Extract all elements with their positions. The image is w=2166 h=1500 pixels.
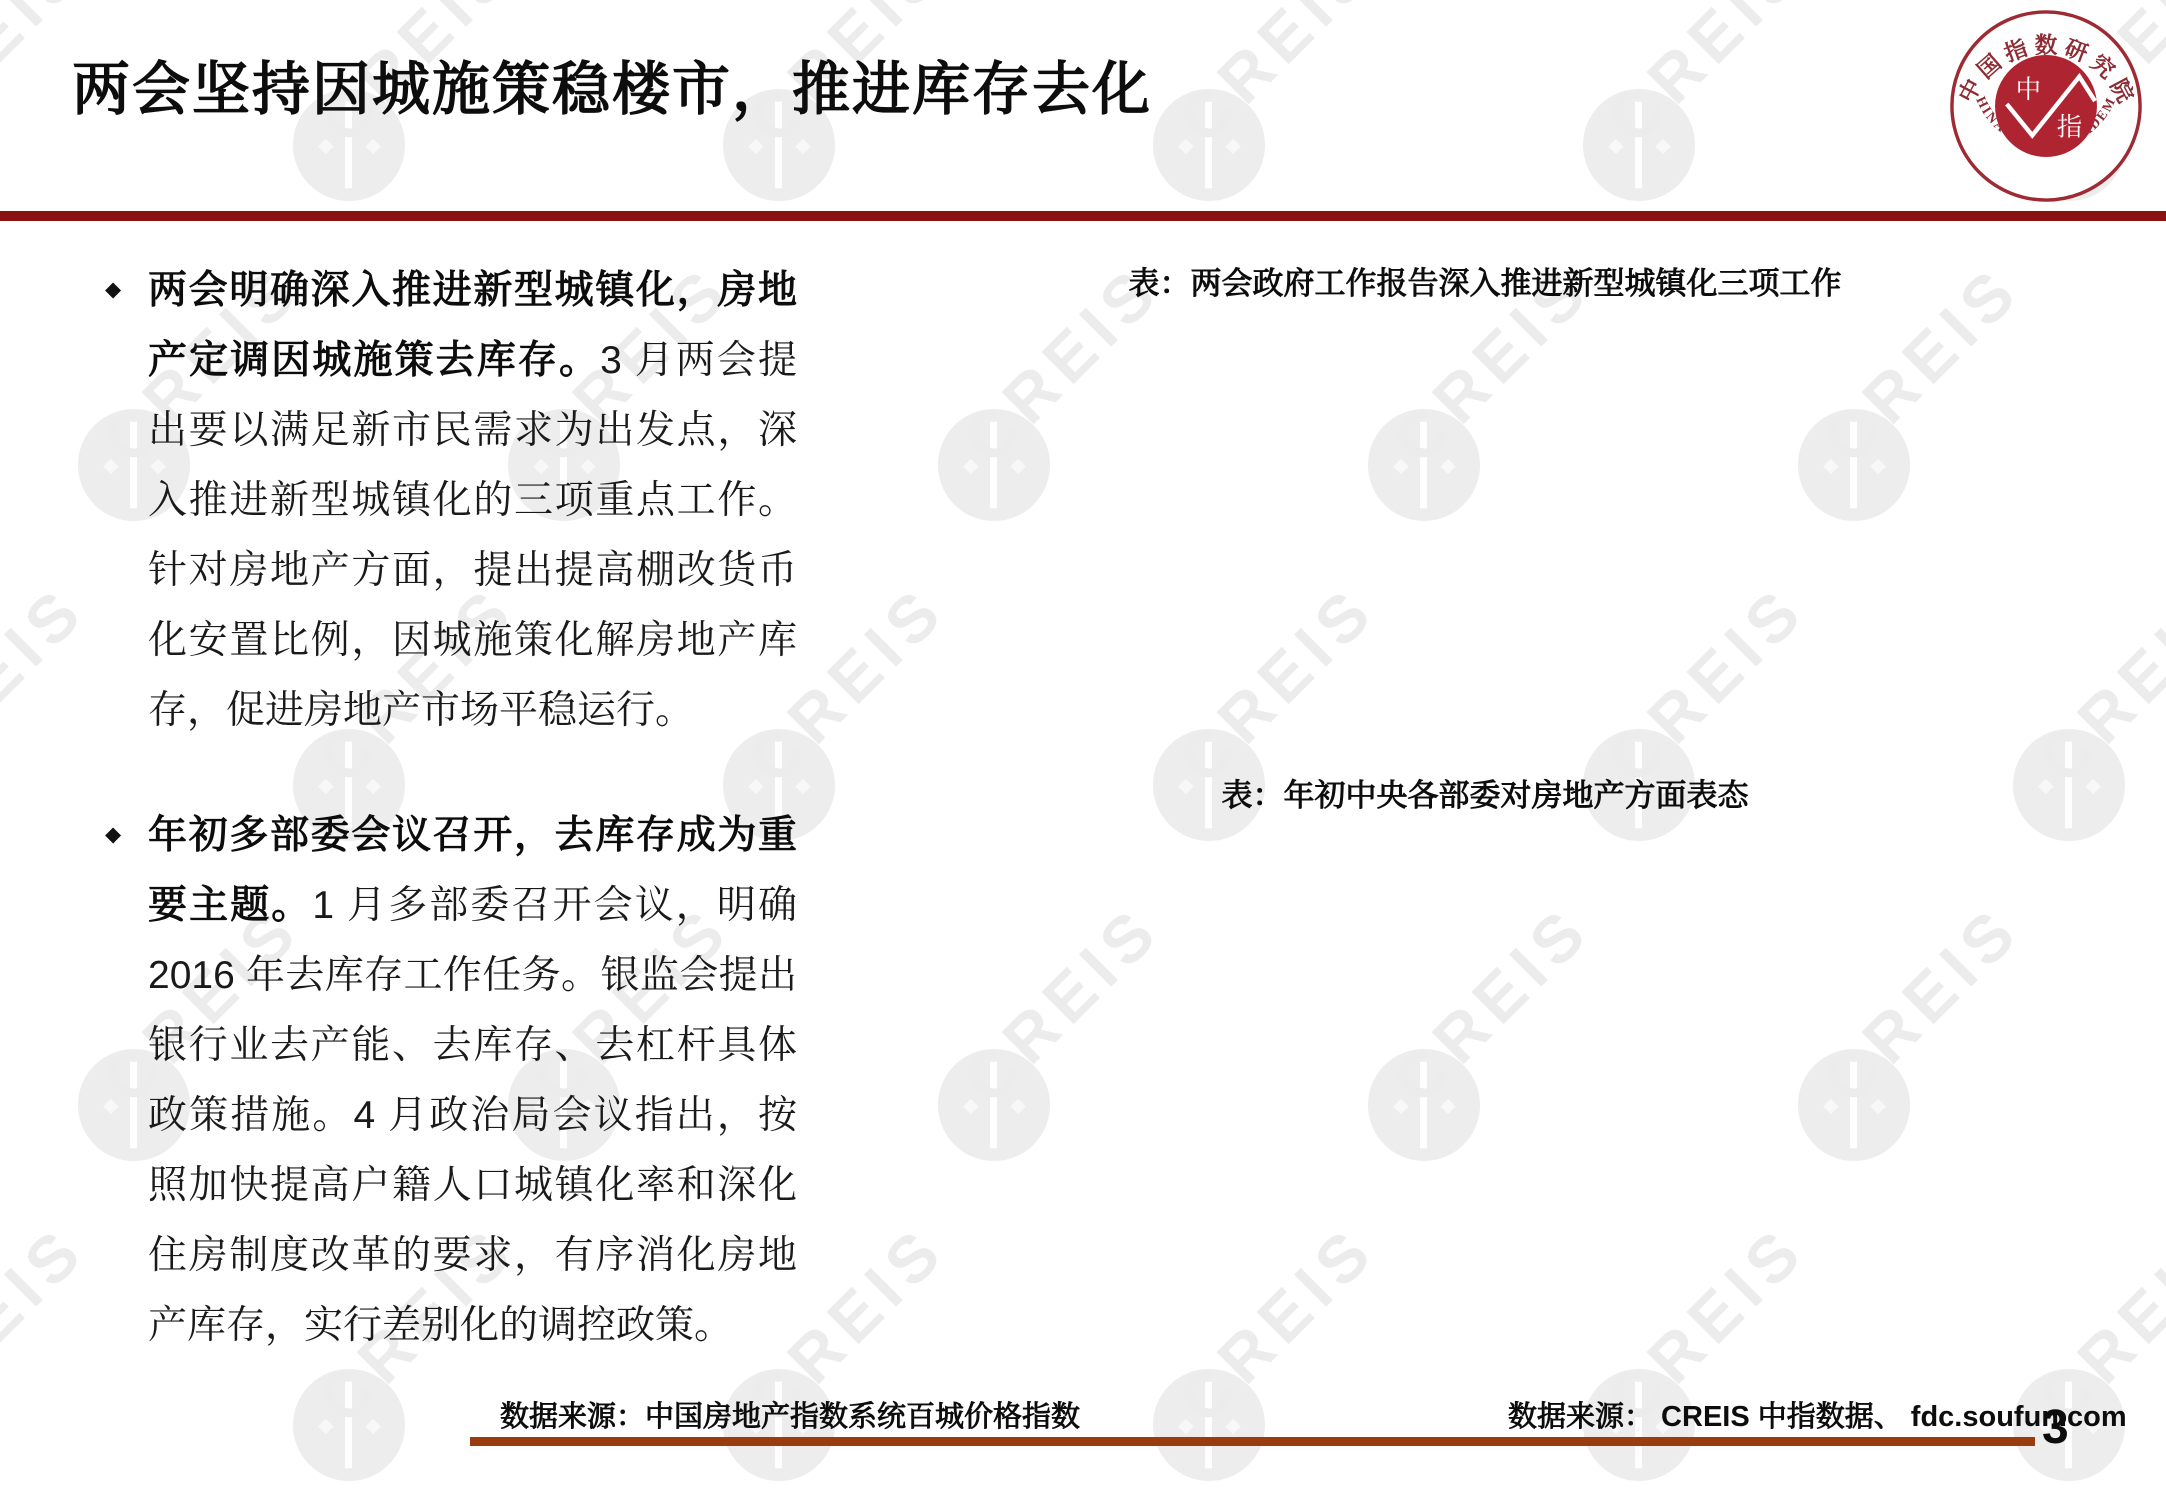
footer-source-right: 数据来源： CREIS 中指数据、 fdc.soufun.com [1508, 1394, 2127, 1435]
creis-watermark-text: CREIS [2022, 570, 2166, 798]
creis-watermark: CREIS [1795, 870, 2135, 1170]
creis-watermark: CREIS [1150, 0, 1490, 210]
creis-watermark-text: CREIS [1162, 570, 1390, 798]
footer-source-left: 数据来源：中国房地产指数系统百城价格指数 [500, 1394, 1080, 1435]
bullet-item-2: ◆ 年初多部委会议召开，去库存成为重要主题。1 月多部委召开会议，明确 2016… [103, 801, 797, 1361]
bullet-item-1: ◆ 两会明确深入推进新型城镇化，房地产定调因城施策去库存。3 月两会提出要以满足… [103, 256, 797, 746]
creis-watermark-circle-icon [1150, 1366, 1268, 1484]
creis-watermark: CREIS [2010, 550, 2166, 850]
creis-watermark-circle-icon [1580, 86, 1698, 204]
creis-watermark-text: CREIS [947, 890, 1175, 1118]
footer-divider [470, 1437, 2035, 1446]
creis-watermark-circle-icon [2010, 726, 2128, 844]
creis-watermark-text: CREIS [0, 570, 100, 798]
bullet-list: ◆ 两会明确深入推进新型城镇化，房地产定调因城施策去库存。3 月两会提出要以满足… [103, 256, 797, 1361]
page-title: 两会坚持因城施策稳楼市，推进库存去化 [72, 42, 1152, 126]
creis-watermark-circle-icon [1795, 1046, 1913, 1164]
china-index-academy-logo: 中 国 指 数 研 究 院 CHINA INDEX ACADEMY 中 指 [1948, 6, 2144, 206]
creis-watermark-text: CREIS [1162, 1210, 1390, 1438]
creis-watermark: CREIS [1365, 870, 1705, 1170]
creis-watermark-text: CREIS [1592, 0, 1820, 158]
creis-watermark-circle-icon [935, 406, 1053, 524]
slide: CREISCREISCREISCREISCREISCREISCREISCREIS… [0, 0, 2166, 1500]
bullet-1-rest: 3 月两会提出要以满足新市民需求为出发点，深入推进新型城镇化的三项重点工作。针对… [148, 339, 797, 732]
creis-watermark-circle-icon [935, 1046, 1053, 1164]
creis-watermark-text: CREIS [1592, 570, 1820, 798]
creis-watermark-circle-icon [1365, 406, 1483, 524]
bullet-2-rest: 1 月多部委召开会议，明确 2016 年去库存工作任务。银监会提出银行业去产能、… [148, 884, 797, 1347]
logo-center-char-bottom: 指 [2057, 113, 2082, 141]
creis-watermark-circle-icon [1795, 406, 1913, 524]
page-number: 3 [2042, 1400, 2069, 1455]
title-divider [0, 211, 2166, 221]
creis-watermark-text: CREIS [1807, 890, 2035, 1118]
bullet-text-1: 两会明确深入推进新型城镇化，房地产定调因城施策去库存。3 月两会提出要以满足新市… [148, 256, 797, 746]
creis-watermark-text: CREIS [1162, 0, 1390, 158]
creis-watermark-text: CREIS [0, 1210, 100, 1438]
creis-watermark-circle-icon [1365, 1046, 1483, 1164]
creis-watermark: CREIS [1580, 0, 1920, 210]
creis-watermark-circle-icon [290, 1366, 408, 1484]
table-caption-1: 表：两会政府工作报告深入推进新型城镇化三项工作 [1050, 258, 1920, 303]
creis-watermark-circle-icon [1150, 86, 1268, 204]
table-caption-2: 表：年初中央各部委对房地产方面表态 [1050, 770, 1920, 815]
logo-center-char-top: 中 [2016, 76, 2041, 104]
diamond-bullet-icon: ◆ [105, 822, 121, 847]
creis-watermark: CREIS [935, 870, 1275, 1170]
creis-watermark-text: CREIS [1377, 890, 1605, 1118]
diamond-bullet-icon: ◆ [105, 277, 121, 302]
bullet-text-2: 年初多部委会议召开，去库存成为重要主题。1 月多部委召开会议，明确 2016 年… [148, 801, 797, 1361]
